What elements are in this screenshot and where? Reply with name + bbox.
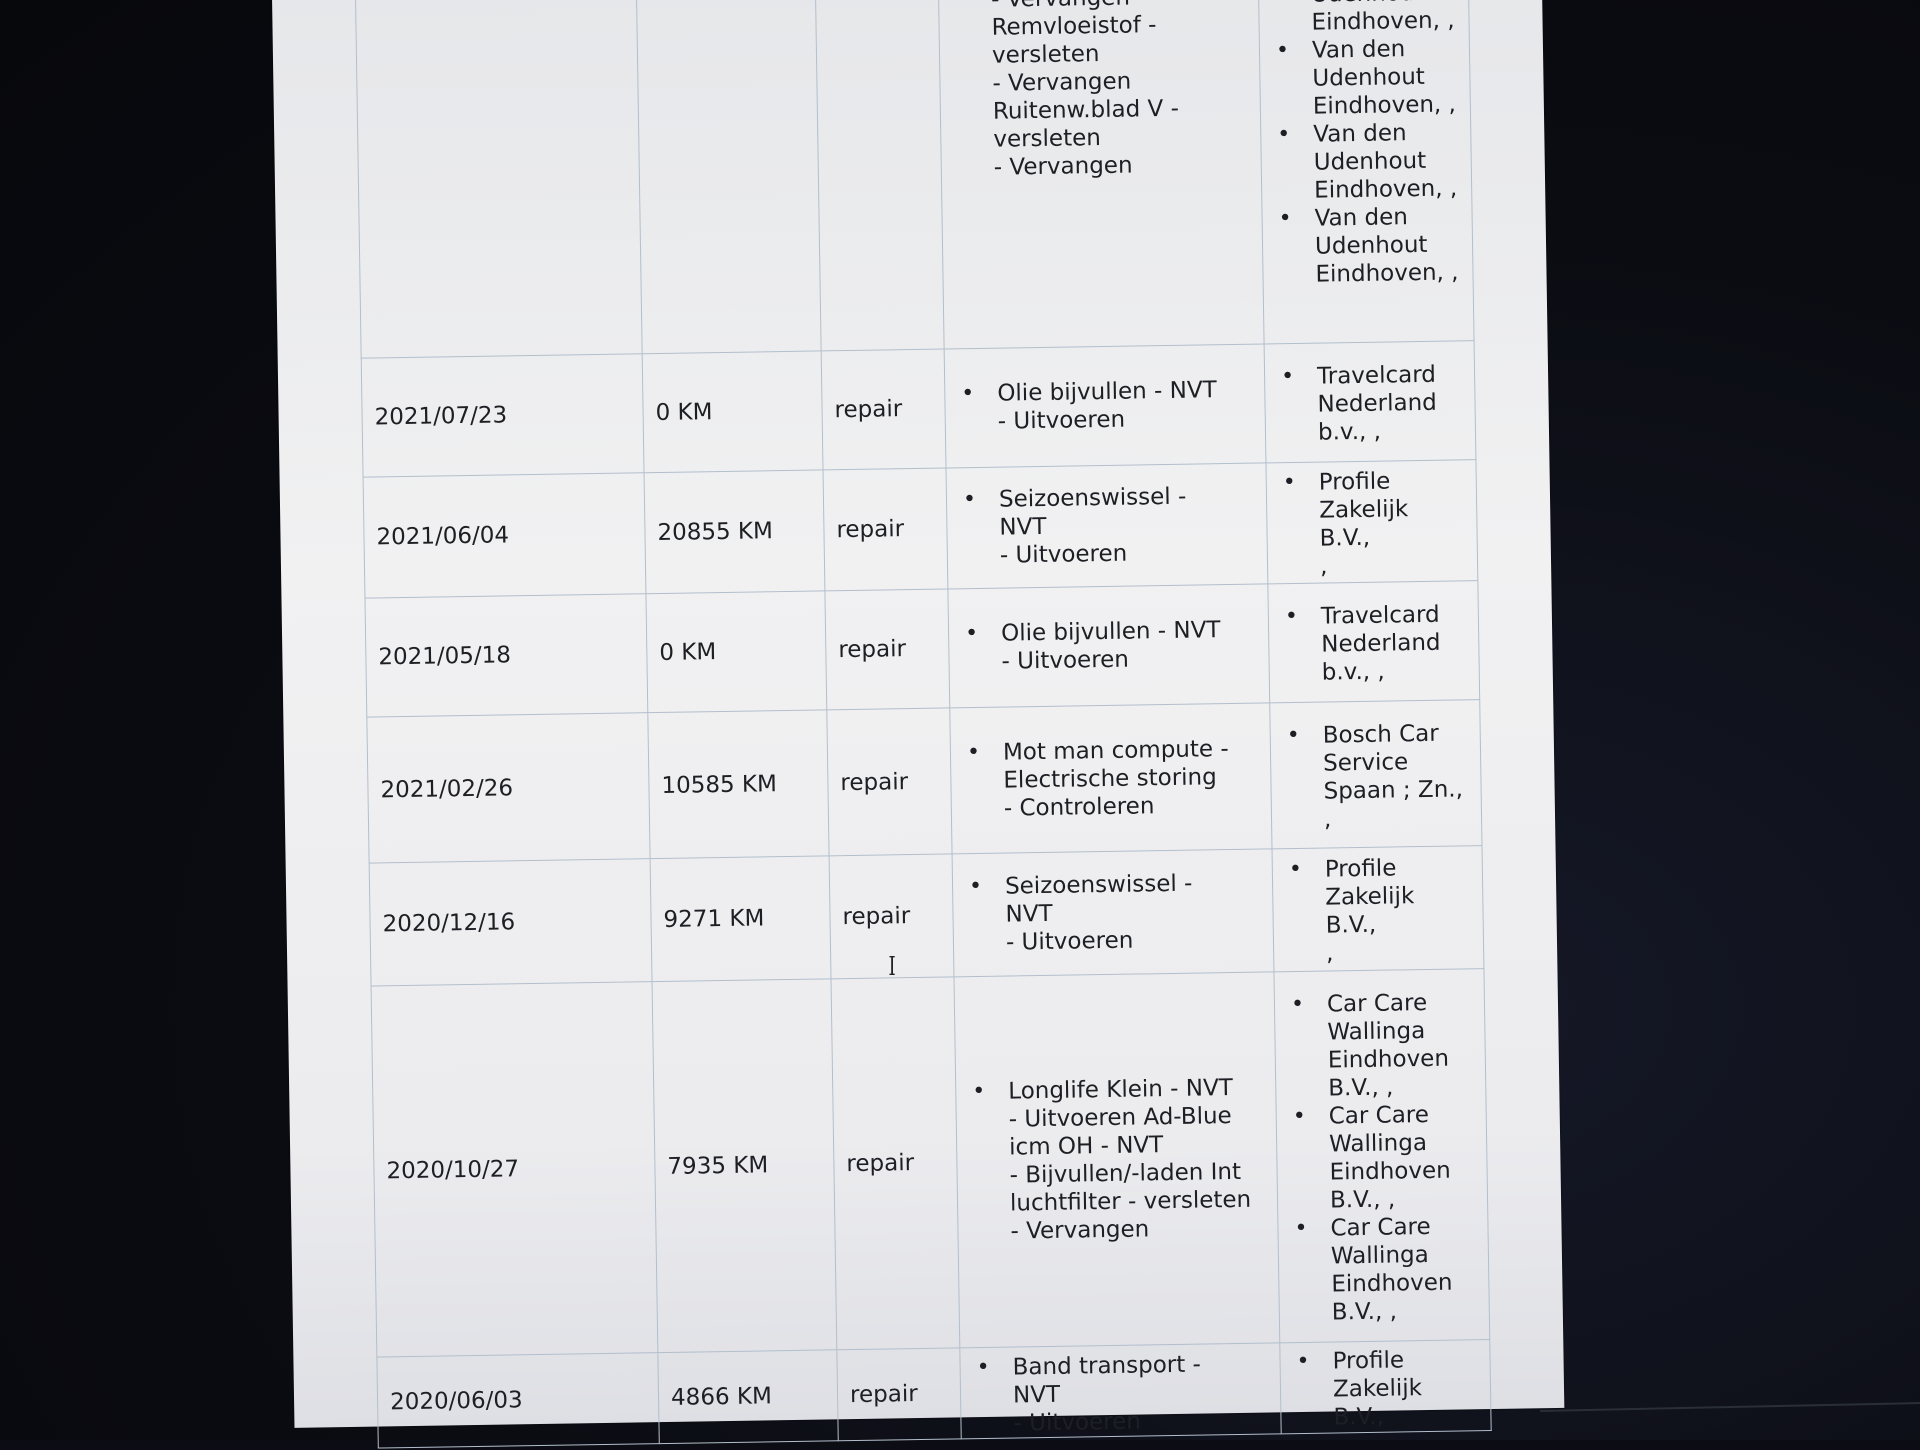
monitor-bezel-edge — [1540, 1402, 1920, 1412]
workshop-name: Car Care Wallinga Eindhoven B.V., , — [1330, 1212, 1477, 1326]
description-item: Band transport - NVT - Uitvoeren — [1012, 1350, 1268, 1438]
workshop-cell: Travelcard Nederland b.v., , — [1264, 341, 1476, 463]
table-row: 2021/05/18 0 KM repair Olie bijvullen - … — [365, 581, 1480, 717]
odometer-cell: 20855 KM — [644, 470, 825, 594]
workshop-name: Car Care Wallinga Eindhoven B.V., , — [1329, 1100, 1476, 1214]
odometer-cell: 9271 KM — [650, 856, 831, 982]
odometer-cell: 0 KM — [646, 591, 827, 713]
description-item: Olie bijvullen - NVT - Uitvoeren — [1001, 616, 1257, 676]
workshop-name: Travelcard Nederland b.v., , — [1317, 360, 1463, 446]
date-cell — [355, 0, 642, 358]
workshop-name: Van den Udenhout Eindhoven, , — [1314, 202, 1460, 288]
workshop-name: Car Care Wallinga Eindhoven B.V., , — [1327, 988, 1474, 1102]
workshop-cell: Udenhout Eindhoven, , Van den Udenhout E… — [1258, 0, 1474, 344]
workshop-cell: Profile Zakelijk B.V., , — [1272, 846, 1484, 972]
type-cell: repair — [825, 589, 950, 710]
table-row: - Vervangen Remvloeistof - versleten - V… — [355, 0, 1474, 358]
service-history-table: - Vervangen Remvloeistof - versleten - V… — [355, 0, 1492, 1440]
type-cell — [815, 0, 944, 351]
odometer-cell — [636, 0, 821, 354]
description-cell: Mot man compute - Electrische storing - … — [950, 703, 1272, 854]
table-row: 2020/10/27 7935 KM repair Longlife Klein… — [371, 969, 1490, 1357]
table-row: 2020/12/16 9271 KM repair Seizoenswissel… — [369, 846, 1484, 986]
date-cell: 2020/06/03 — [377, 1353, 659, 1440]
table-row: 2021/06/04 20855 KM repair Seizoenswisse… — [363, 460, 1478, 598]
description-cell: Longlife Klein - NVT - Uitvoeren Ad-Blue… — [954, 972, 1280, 1348]
type-cell: repair — [823, 468, 948, 591]
description-item: Seizoenswissel - NVT - Uitvoeren — [1005, 869, 1261, 957]
workshop-cell: Bosch Car Service Spaan ; Zn., , — [1270, 700, 1482, 849]
type-cell: repair — [821, 349, 946, 470]
table-row: 2021/02/26 10585 KM repair Mot man compu… — [367, 700, 1482, 863]
workshop-name: Bosch Car Service Spaan ; Zn., , — [1323, 719, 1470, 833]
workshop-cell: Profile Zakelijk B.V., , — [1266, 460, 1478, 584]
description-item: Olie bijvullen - NVT - Uitvoeren — [997, 376, 1253, 436]
workshop-cell: Car Care Wallinga Eindhoven B.V., , Car … — [1274, 969, 1490, 1343]
description-text: - Vervangen Remvloeistof - versleten - V… — [951, 0, 1249, 182]
description-cell: Olie bijvullen - NVT - Uitvoeren — [944, 344, 1266, 468]
workshop-name: Travelcard Nederland b.v., , — [1321, 600, 1467, 686]
workshop-name: Profile Zakelijk B.V., , — [1325, 853, 1472, 967]
type-cell: repair — [831, 977, 960, 1350]
description-item: Longlife Klein - NVT - Uitvoeren Ad-Blue… — [1008, 1074, 1266, 1246]
odometer-cell: 0 KM — [642, 351, 823, 473]
date-cell: 2021/05/18 — [365, 594, 648, 717]
description-item: Seizoenswissel - NVT - Uitvoeren — [999, 482, 1255, 570]
description-cell: - Vervangen Remvloeistof - versleten - V… — [938, 0, 1264, 349]
workshop-name: Van den Udenhout Eindhoven, , — [1313, 118, 1459, 204]
workshop-cell: Travelcard Nederland b.v., , — [1268, 581, 1480, 703]
description-cell: Band transport - NVT - Uitvoeren — [960, 1343, 1281, 1439]
workshop-name: Profile Zakelijk B.V., — [1332, 1345, 1478, 1431]
odometer-cell: 4866 KM — [658, 1350, 838, 1440]
date-cell: 2020/10/27 — [371, 982, 658, 1357]
date-cell: 2021/07/23 — [361, 354, 644, 477]
table-row: 2020/06/03 4866 KM repair Band transport… — [377, 1340, 1491, 1440]
workshop-name: Udenhout Eindhoven, , — [1271, 0, 1457, 37]
odometer-cell: 10585 KM — [648, 710, 829, 859]
monitor-screen: - Vervangen Remvloeistof - versleten - V… — [0, 0, 1920, 1440]
workshop-name: Profile Zakelijk B.V., , — [1319, 466, 1466, 580]
table-row: 2021/07/23 0 KM repair Olie bijvullen - … — [361, 341, 1476, 477]
description-cell: Seizoenswissel - NVT - Uitvoeren — [952, 849, 1274, 977]
date-cell: 2021/02/26 — [367, 713, 650, 863]
odometer-cell: 7935 KM — [652, 979, 837, 1353]
description-cell: Olie bijvullen - NVT - Uitvoeren — [948, 584, 1270, 708]
description-cell: Seizoenswissel - NVT - Uitvoeren — [946, 463, 1268, 589]
type-cell: repair — [837, 1348, 961, 1440]
description-item: Mot man compute - Electrische storing - … — [1003, 734, 1259, 822]
workshop-list: Van den Udenhout Eindhoven, , Van den Ud… — [1272, 34, 1461, 289]
text-cursor-icon: I — [889, 952, 896, 982]
workshop-name: Van den Udenhout Eindhoven, , — [1312, 34, 1458, 120]
date-cell: 2020/12/16 — [369, 859, 652, 986]
workshop-cell: Profile Zakelijk B.V., — [1280, 1340, 1491, 1434]
document-page: - Vervangen Remvloeistof - versleten - V… — [272, 0, 1564, 1428]
type-cell: repair — [827, 708, 952, 856]
date-cell: 2021/06/04 — [363, 473, 646, 598]
